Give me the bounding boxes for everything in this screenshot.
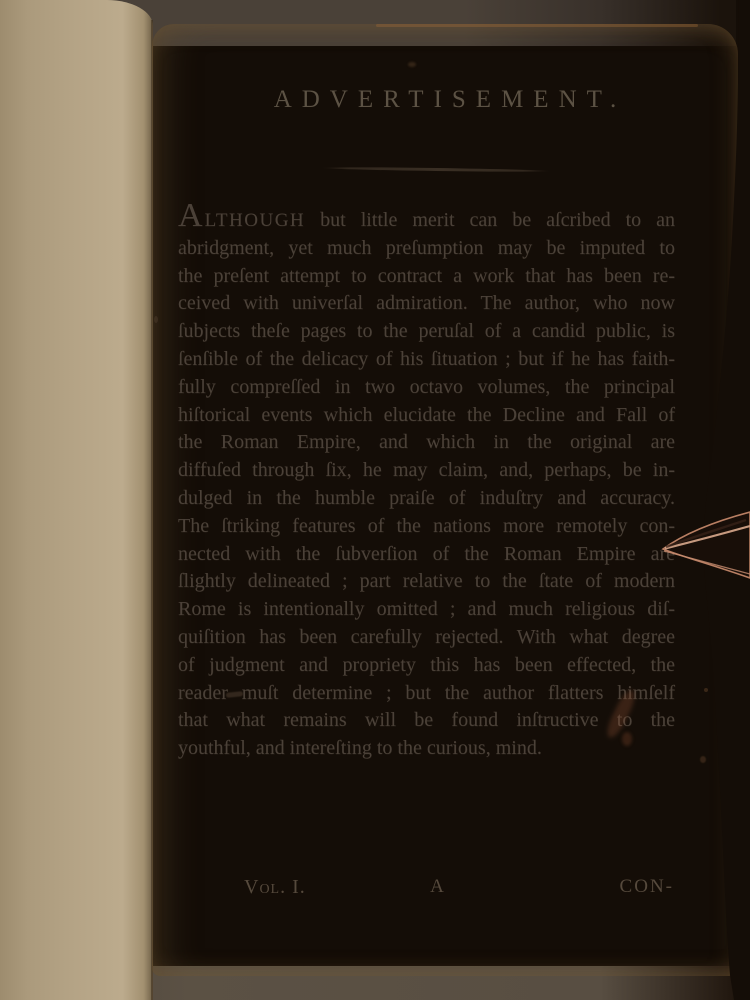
text-line: that what remains will be found inſtruct…	[178, 707, 675, 735]
text-line: quiſition has been carefully rejected. W…	[178, 624, 675, 652]
text-line: ſenſible of the delicacy of his ſituatio…	[178, 346, 675, 374]
ornamental-rule	[322, 166, 550, 172]
text-line: ceived with univerſal admiration. The au…	[178, 290, 675, 318]
text-line: The ſtriking features of the nations mor…	[178, 513, 675, 541]
page-title: ADVERTISEMENT.	[152, 86, 738, 114]
text-line: of judgment and propriety this has been …	[178, 652, 675, 680]
signature-mark: A	[420, 876, 454, 898]
text-line: youthful, and intereſting to the curious…	[178, 735, 675, 763]
text-line: dulged in the humble praiſe of induſtry …	[178, 485, 675, 513]
first-line-text: but little merit can be aſcribed to an	[320, 209, 675, 231]
volume-label: Vol. I.	[244, 876, 306, 899]
copper-clasp-icon	[650, 500, 750, 590]
text-line: the Roman Empire, and which in the origi…	[178, 429, 675, 457]
text-line: reader muſt determine ; but the author f…	[178, 680, 675, 708]
footer-line: Vol. I. A CON-	[152, 876, 738, 902]
text-line: ALTHOUGH but little merit can be aſcribe…	[178, 207, 675, 235]
text-line: diffuſed through ſix, he may claim, and,…	[178, 457, 675, 485]
catchword: CON-	[614, 876, 674, 898]
ink-speck	[154, 316, 158, 323]
text-line: ſubjects theſe pages to the peruſal of a…	[178, 318, 675, 346]
paragraph-lines: abridgment, yet much preſumption may be …	[178, 235, 675, 763]
paragraph: ALTHOUGH but little merit can be aſcribe…	[178, 207, 675, 763]
text-line: nected with the ſubverſion of the Roman …	[178, 541, 675, 569]
text-line: fully compreſſed in two octavo volumes, …	[178, 374, 675, 402]
facing-page	[0, 0, 153, 1000]
text-line: the preſent attempt to contract a work t…	[178, 263, 675, 291]
text-line: ſlightly delineated ; part relative to t…	[178, 568, 675, 596]
book-scan: ADVERTISEMENT. ALTHOUGH but little merit…	[0, 0, 750, 1000]
drop-capital: A	[178, 197, 205, 234]
text-line: hiſtorical events which elucidate the De…	[178, 402, 675, 430]
text-line: Rome is intentionally omitted ; and much…	[178, 596, 675, 624]
text-line: abridgment, yet much preſumption may be …	[178, 235, 675, 263]
lead-word-caps: LTHOUGH	[205, 210, 306, 231]
foxing-speck	[408, 62, 416, 67]
